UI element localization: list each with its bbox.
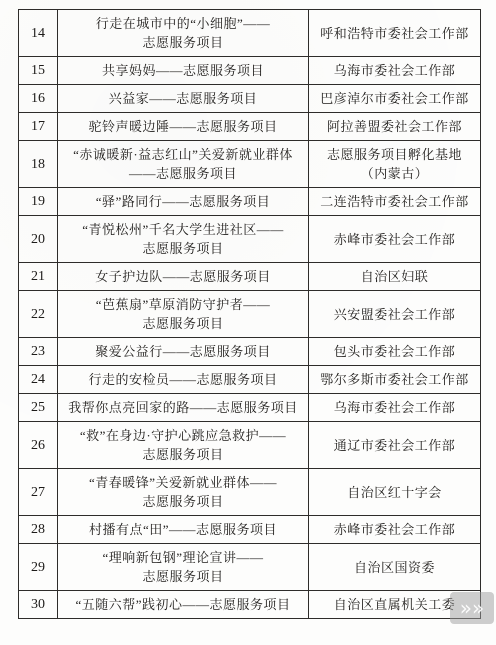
table-row: 23聚爱公益行——志愿服务项目包头市委社会工作部 — [19, 338, 481, 366]
row-number-cell: 18 — [19, 141, 58, 188]
project-name-cell: “芭蕉扇”草原消防守护者—— 志愿服务项目 — [58, 291, 309, 338]
organization-cell: 兴安盟委社会工作部 — [309, 291, 481, 338]
table-row: 18“赤诚暖新·益志红山”关爱新就业群体 ——志愿服务项目志愿服务项目孵化基地 … — [19, 141, 481, 188]
project-table-body: 14行走在城市中的“小细胞”—— 志愿服务项目呼和浩特市委社会工作部15共享妈妈… — [19, 10, 481, 619]
organization-cell: 巴彦淖尔市委社会工作部 — [309, 85, 481, 113]
organization-cell: 自治区国资委 — [309, 544, 481, 591]
organization-cell: 阿拉善盟委社会工作部 — [309, 113, 481, 141]
row-number-cell: 30 — [19, 591, 58, 619]
row-number-cell: 25 — [19, 394, 58, 422]
organization-cell: 自治区红十字会 — [309, 469, 481, 516]
row-number-cell: 21 — [19, 263, 58, 291]
organization-cell: 志愿服务项目孵化基地 （内蒙古） — [309, 141, 481, 188]
row-number-cell: 29 — [19, 544, 58, 591]
project-name-cell: “青春暖锋”关爱新就业群体—— 志愿服务项目 — [58, 469, 309, 516]
project-name-cell: “理响新包钢”理论宣讲—— 志愿服务项目 — [58, 544, 309, 591]
organization-cell: 自治区妇联 — [309, 263, 481, 291]
table-row: 29“理响新包钢”理论宣讲—— 志愿服务项目自治区国资委 — [19, 544, 481, 591]
project-name-cell: “青悦松州”千名大学生进社区—— 志愿服务项目 — [58, 216, 309, 263]
row-number-cell: 22 — [19, 291, 58, 338]
project-name-cell: 行走的安检员——志愿服务项目 — [58, 366, 309, 394]
project-name-cell: 女子护边队——志愿服务项目 — [58, 263, 309, 291]
organization-cell: 呼和浩特市委社会工作部 — [309, 10, 481, 57]
project-name-cell: “救”在身边·守护心跳应急救护—— 志愿服务项目 — [58, 422, 309, 469]
row-number-cell: 26 — [19, 422, 58, 469]
project-name-cell: 我帮你点亮回家的路——志愿服务项目 — [58, 394, 309, 422]
table-row: 20“青悦松州”千名大学生进社区—— 志愿服务项目赤峰市委社会工作部 — [19, 216, 481, 263]
table-row: 19“驿”路同行——志愿服务项目二连浩特市委社会工作部 — [19, 188, 481, 216]
row-number-cell: 23 — [19, 338, 58, 366]
table-row: 27“青春暖锋”关爱新就业群体—— 志愿服务项目自治区红十字会 — [19, 469, 481, 516]
table-row: 24行走的安检员——志愿服务项目鄂尔多斯市委社会工作部 — [19, 366, 481, 394]
organization-cell: 二连浩特市委社会工作部 — [309, 188, 481, 216]
project-name-cell: “五随六帮”践初心——志愿服务项目 — [58, 591, 309, 619]
row-number-cell: 15 — [19, 57, 58, 85]
organization-cell: 乌海市委社会工作部 — [309, 57, 481, 85]
volunteer-project-table: 14行走在城市中的“小细胞”—— 志愿服务项目呼和浩特市委社会工作部15共享妈妈… — [18, 9, 481, 619]
row-number-cell: 19 — [19, 188, 58, 216]
project-name-cell: 村播有点“田”——志愿服务项目 — [58, 516, 309, 544]
row-number-cell: 28 — [19, 516, 58, 544]
organization-cell: 自治区直属机关工委 — [309, 591, 481, 619]
project-name-cell: 行走在城市中的“小细胞”—— 志愿服务项目 — [58, 10, 309, 57]
project-name-cell: 驼铃声暖边陲——志愿服务项目 — [58, 113, 309, 141]
organization-cell: 包头市委社会工作部 — [309, 338, 481, 366]
row-number-cell: 20 — [19, 216, 58, 263]
table-row: 14行走在城市中的“小细胞”—— 志愿服务项目呼和浩特市委社会工作部 — [19, 10, 481, 57]
row-number-cell: 27 — [19, 469, 58, 516]
table-row: 21女子护边队——志愿服务项目自治区妇联 — [19, 263, 481, 291]
organization-cell: 赤峰市委社会工作部 — [309, 516, 481, 544]
scanned-document-page: 14行走在城市中的“小细胞”—— 志愿服务项目呼和浩特市委社会工作部15共享妈妈… — [0, 0, 496, 645]
table-row: 22“芭蕉扇”草原消防守护者—— 志愿服务项目兴安盟委社会工作部 — [19, 291, 481, 338]
table-row: 26“救”在身边·守护心跳应急救护—— 志愿服务项目通辽市委社会工作部 — [19, 422, 481, 469]
table-row: 15共享妈妈——志愿服务项目乌海市委社会工作部 — [19, 57, 481, 85]
project-name-cell: “驿”路同行——志愿服务项目 — [58, 188, 309, 216]
row-number-cell: 16 — [19, 85, 58, 113]
row-number-cell: 24 — [19, 366, 58, 394]
organization-cell: 赤峰市委社会工作部 — [309, 216, 481, 263]
project-name-cell: “赤诚暖新·益志红山”关爱新就业群体 ——志愿服务项目 — [58, 141, 309, 188]
organization-cell: 乌海市委社会工作部 — [309, 394, 481, 422]
table-row: 30“五随六帮”践初心——志愿服务项目自治区直属机关工委 — [19, 591, 481, 619]
project-name-cell: 聚爱公益行——志愿服务项目 — [58, 338, 309, 366]
row-number-cell: 14 — [19, 10, 58, 57]
organization-cell: 鄂尔多斯市委社会工作部 — [309, 366, 481, 394]
table-row: 25我帮你点亮回家的路——志愿服务项目乌海市委社会工作部 — [19, 394, 481, 422]
row-number-cell: 17 — [19, 113, 58, 141]
project-name-cell: 兴益家——志愿服务项目 — [58, 85, 309, 113]
organization-cell: 通辽市委社会工作部 — [309, 422, 481, 469]
table-row: 16兴益家——志愿服务项目巴彦淖尔市委社会工作部 — [19, 85, 481, 113]
project-name-cell: 共享妈妈——志愿服务项目 — [58, 57, 309, 85]
table-row: 28村播有点“田”——志愿服务项目赤峰市委社会工作部 — [19, 516, 481, 544]
table-row: 17驼铃声暖边陲——志愿服务项目阿拉善盟委社会工作部 — [19, 113, 481, 141]
